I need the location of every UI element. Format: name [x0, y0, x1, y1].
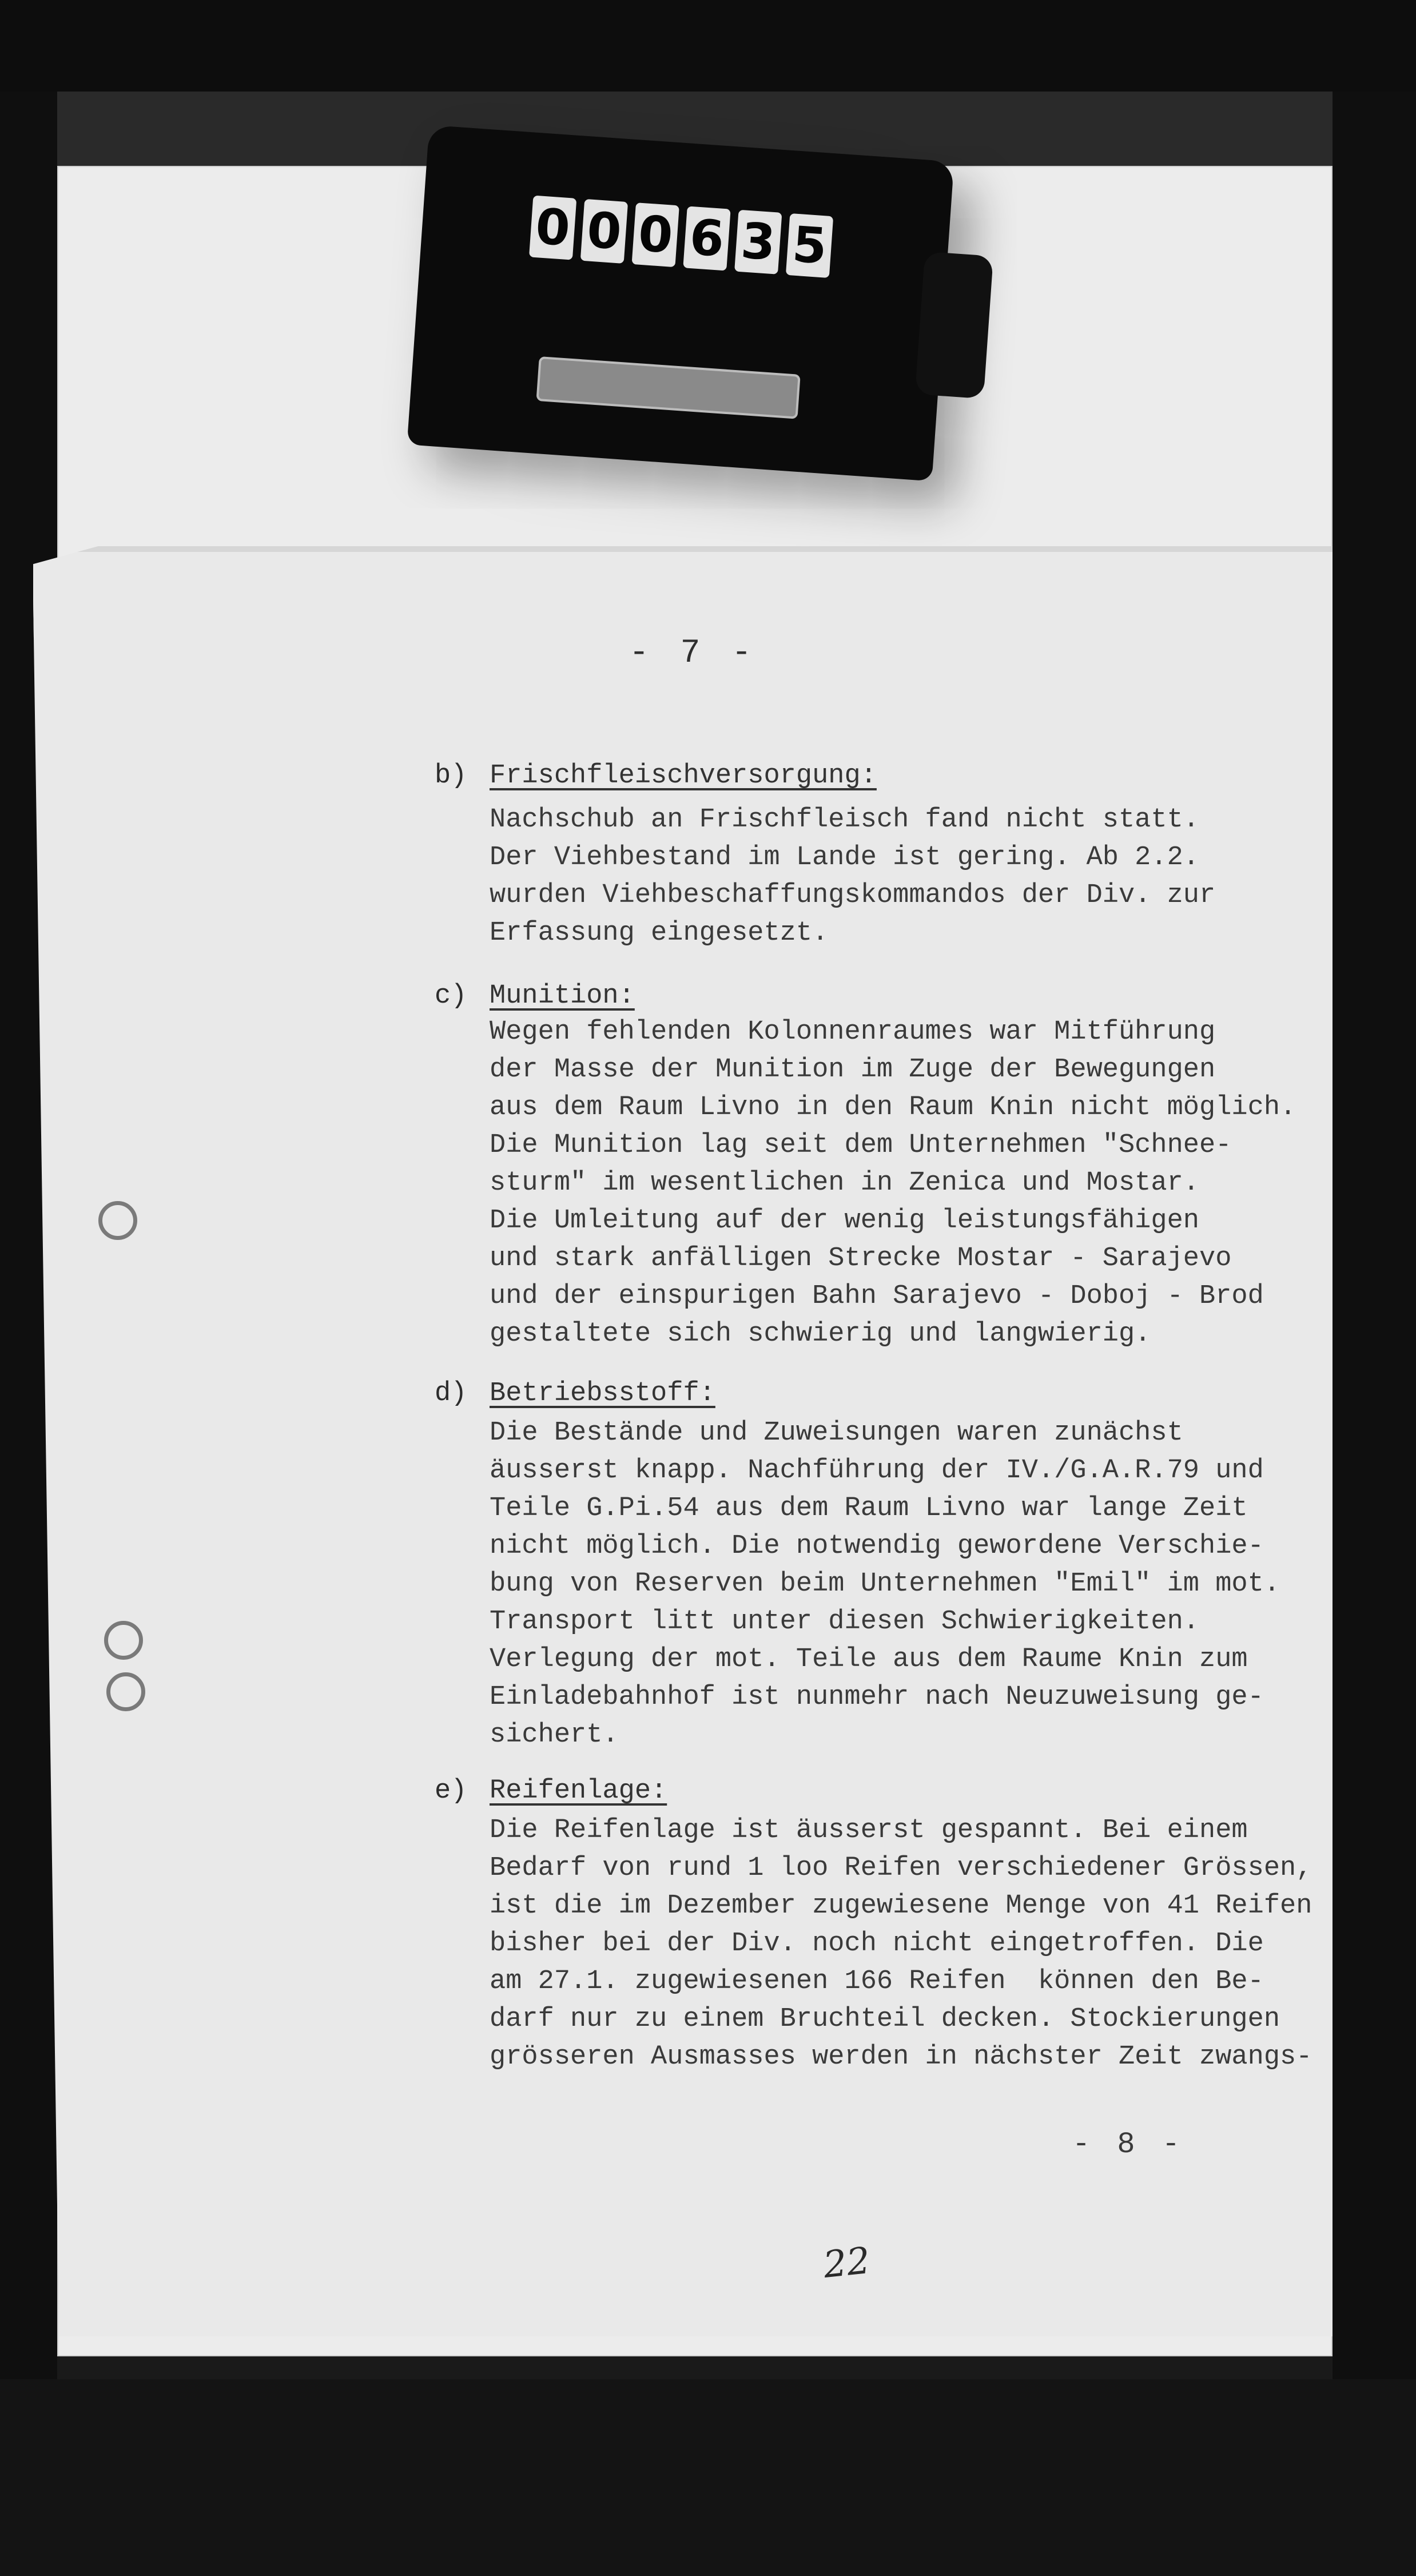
section-heading: d) Betriebsstoff:: [435, 1378, 1338, 1409]
section-title: Reifenlage:: [490, 1776, 667, 1806]
section-letter: c): [435, 981, 490, 1011]
section-frischfleischversorgung: b) Frischfleischversorgung: Nachschub an…: [435, 761, 1338, 952]
counter-digit: 6: [683, 206, 730, 271]
section-body: Nachschub an Frischfleisch fand nicht st…: [490, 801, 1338, 952]
page-number-top: - 7 -: [629, 635, 757, 672]
text-line: am 27.1. zugewiesenen 166 Reifen können …: [490, 1963, 1338, 2001]
counter-digit: 3: [734, 210, 782, 275]
punch-hole-icon: [104, 1621, 143, 1660]
text-line: grösseren Ausmasses werden in nächster Z…: [490, 2038, 1338, 2076]
text-line: äusserst knapp. Nachführung der IV./G.A.…: [490, 1452, 1338, 1490]
text-line: Die Munition lag seit dem Unternehmen "S…: [490, 1127, 1338, 1164]
punch-hole-icon: [98, 1201, 137, 1240]
text-line: und stark anfälligen Strecke Mostar - Sa…: [490, 1240, 1338, 1278]
punch-hole-icon: [106, 1672, 145, 1711]
text-line: darf nur zu einem Bruchteil decken. Stoc…: [490, 2001, 1338, 2038]
counter-digit: 0: [529, 196, 576, 260]
film-border-bottom: [0, 2379, 1416, 2576]
text-line: ist die im Dezember zugewiesene Menge vo…: [490, 1887, 1338, 1925]
counter-digit: 0: [580, 199, 628, 264]
section-heading: c) Munition:: [435, 981, 1338, 1011]
counter-nameplate: [536, 356, 800, 419]
text-line: nicht möglich. Die notwendig gewordene V…: [490, 1528, 1338, 1565]
text-line: Bedarf von rund 1 loo Reifen verschieden…: [490, 1850, 1338, 1887]
text-line: Einladebahnhof ist nunmehr nach Neuzuwei…: [490, 1679, 1338, 1716]
text-line: wurden Viehbeschaffungskommandos der Div…: [490, 877, 1338, 915]
section-title: Munition:: [490, 981, 635, 1011]
counter-digit: 5: [786, 213, 833, 278]
counter-knob: [915, 252, 993, 399]
film-border-top: [0, 0, 1416, 92]
film-border-right: [1333, 92, 1416, 2379]
section-munition: c) Munition: Wegen fehlenden Kolonnenrau…: [435, 981, 1338, 1353]
section-heading: b) Frischfleischversorgung:: [435, 761, 1338, 791]
text-line: Nachschub an Frischfleisch fand nicht st…: [490, 801, 1338, 839]
text-line: aus dem Raum Livno in den Raum Knin nich…: [490, 1089, 1338, 1127]
text-line: Verlegung der mot. Teile aus dem Raume K…: [490, 1641, 1338, 1679]
section-body: Die Bestände und Zuweisungen waren zunäc…: [490, 1414, 1338, 1754]
text-line: Teile G.Pi.54 aus dem Raum Livno war lan…: [490, 1490, 1338, 1528]
text-line: sturm" im wesentlichen in Zenica und Mos…: [490, 1164, 1338, 1202]
text-line: gestaltete sich schwierig und langwierig…: [490, 1315, 1338, 1353]
text-line: Die Reifenlage ist äusserst gespannt. Be…: [490, 1812, 1338, 1850]
page-number-bottom: - 8 -: [1072, 2128, 1184, 2161]
text-line: und der einspurigen Bahn Sarajevo - Dobo…: [490, 1278, 1338, 1315]
text-line: bisher bei der Div. noch nicht eingetrof…: [490, 1925, 1338, 1963]
text-line: bung von Reserven beim Unternehmen "Emil…: [490, 1565, 1338, 1603]
handwritten-folio-number: 22: [821, 2240, 872, 2287]
text-line: Die Bestände und Zuweisungen waren zunäc…: [490, 1414, 1338, 1452]
text-line: Die Umleitung auf der wenig leistungsfäh…: [490, 1202, 1338, 1240]
section-betriebsstoff: d) Betriebsstoff: Die Bestände und Zuwei…: [435, 1378, 1338, 1754]
text-line: Der Viehbestand im Lande ist gering. Ab …: [490, 839, 1338, 877]
text-line: Wegen fehlenden Kolonnenraumes war Mitfü…: [490, 1013, 1338, 1051]
text-line: sichert.: [490, 1716, 1338, 1754]
section-letter: d): [435, 1378, 490, 1409]
section-title: Betriebsstoff:: [490, 1378, 715, 1409]
section-body: Die Reifenlage ist äusserst gespannt. Be…: [490, 1812, 1338, 2076]
section-letter: e): [435, 1776, 490, 1806]
counter-digit: 0: [632, 202, 679, 267]
section-reifenlage: e) Reifenlage: Die Reifenlage ist äusser…: [435, 1776, 1338, 2076]
text-line: Transport litt unter diesen Schwierigkei…: [490, 1603, 1338, 1641]
section-body: Wegen fehlenden Kolonnenraumes war Mitfü…: [490, 1013, 1338, 1353]
frame-counter-device: 0 0 0 6 3 5: [407, 125, 954, 482]
text-line: Erfassung eingesetzt.: [490, 915, 1338, 952]
section-heading: e) Reifenlage:: [435, 1776, 1338, 1806]
section-letter: b): [435, 761, 490, 791]
text-line: der Masse der Munition im Zuge der Beweg…: [490, 1051, 1338, 1089]
frame-counter-digits: 0 0 0 6 3 5: [529, 196, 833, 278]
section-title: Frischfleischversorgung:: [490, 761, 877, 791]
